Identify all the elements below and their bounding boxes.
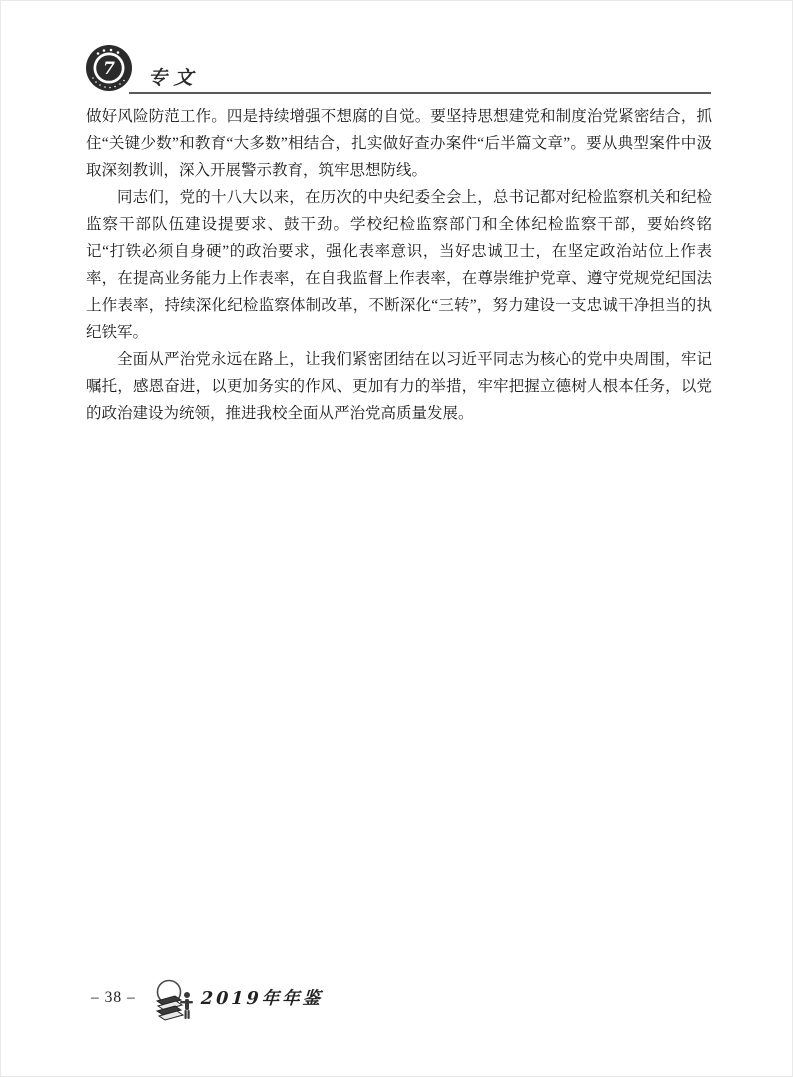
university-seal-icon: 7 (85, 44, 133, 92)
page-number: – 38 – (91, 989, 136, 1007)
svg-text:7: 7 (103, 59, 115, 79)
article-body: 做好风险防范工作。四是持续增强不想腐的自觉。要坚持思想建党和制度治党紧密结合，抓… (86, 103, 712, 427)
edition-label: 2019年年鉴 (200, 985, 324, 1010)
paragraph: 全面从严治党永远在路上，让我们紧密团结在以习近平同志为核心的党中央周围，牢记嘱托… (86, 346, 712, 427)
paragraph: 同志们，党的十八大以来，在历次的中央纪委全会上，总书记都对纪检监察机关和纪检监察… (86, 184, 712, 346)
paragraph: 做好风险防范工作。四是持续增强不想腐的自觉。要坚持思想建党和制度治党紧密结合，抓… (86, 103, 712, 184)
page-header: 7 专文 (1, 1, 792, 101)
page-footer: – 38 – (1, 977, 792, 1027)
section-title: 专文 (147, 63, 201, 90)
yearbook-books-figure-icon (153, 977, 195, 1023)
document-page: 7 专文 做好风险防范工作。四是持续增强不想腐的自觉。要坚持思想建党和制度治党紧… (0, 0, 793, 1077)
header-rule (129, 92, 711, 94)
